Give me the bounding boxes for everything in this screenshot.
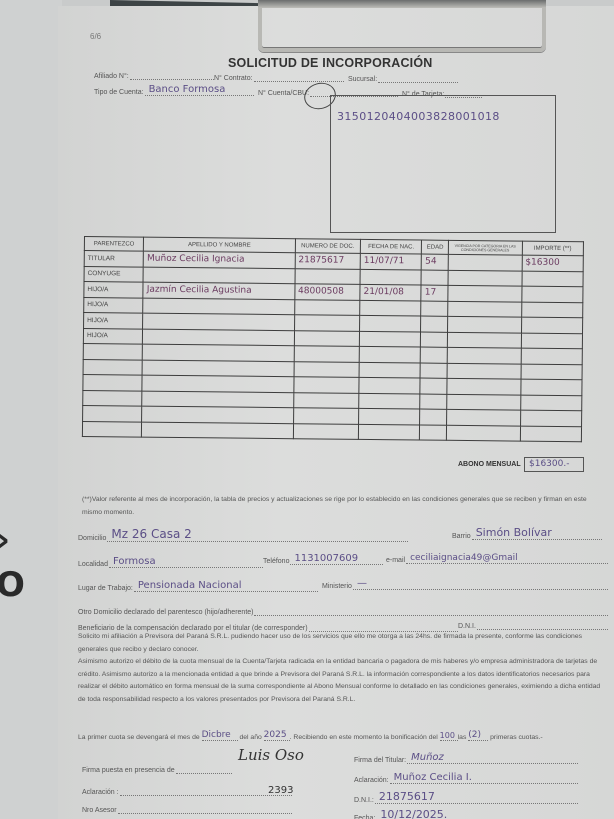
desk-background: › O xyxy=(0,0,62,819)
cell-doc[interactable] xyxy=(294,299,360,315)
page-number: 6/6 xyxy=(90,32,101,41)
cell-doc[interactable] xyxy=(294,330,360,346)
cell-importe[interactable] xyxy=(521,333,583,349)
legal-paragraph-2: Asimismo autorizo el débito de la cuota … xyxy=(78,656,608,706)
cell-doc[interactable] xyxy=(293,423,359,439)
dni-titular-field[interactable]: D.N.I.: 21875617 xyxy=(354,794,578,804)
cell-doc[interactable] xyxy=(294,315,360,331)
cuota-mes-field[interactable]: Dicbre xyxy=(202,730,238,741)
bonif-pct-field[interactable]: 100 xyxy=(440,731,458,741)
cell-fecha_nac[interactable]: 21/01/08 xyxy=(360,284,422,300)
abono-mensual-label: ABONO MENSUAL xyxy=(458,461,521,468)
localidad-field[interactable]: Localidad Formosa xyxy=(78,558,263,568)
cell-edad[interactable] xyxy=(420,394,447,410)
cell-fecha_nac[interactable] xyxy=(359,346,421,362)
cell-edad[interactable]: 54 xyxy=(422,254,449,270)
cell-vigencia[interactable] xyxy=(448,270,522,286)
telefono-field[interactable]: Teléfono 1131007609 xyxy=(263,555,383,565)
aclaracion-titular-field[interactable]: Aclaración: Muñoz Cecilia I. xyxy=(354,774,578,784)
cell-doc[interactable] xyxy=(294,361,360,377)
cell-vigencia[interactable] xyxy=(447,363,521,379)
cell-nombre[interactable] xyxy=(142,422,293,439)
price-note: (**)Valor referente al mes de incorporac… xyxy=(82,493,602,519)
lugar-trabajo-field[interactable]: Lugar de Trabajo: Pensionada Nacional xyxy=(78,582,318,592)
cell-edad[interactable] xyxy=(421,332,448,348)
form-title: SOLICITUD DE INCORPORACIÓN xyxy=(228,56,433,70)
domicilio-field[interactable]: Domicilio Mz 26 Casa 2 xyxy=(78,532,408,542)
cell-importe[interactable] xyxy=(520,379,582,395)
cuota-anio-field[interactable]: 2025 xyxy=(264,730,290,741)
cell-edad[interactable] xyxy=(421,316,448,332)
cell-fecha_nac[interactable] xyxy=(359,362,421,378)
cell-edad[interactable] xyxy=(420,425,447,441)
cell-doc[interactable] xyxy=(294,346,360,362)
cell-parentezco xyxy=(83,343,142,359)
first-installment-line: La primer cuota se devengará el mes de D… xyxy=(78,730,543,741)
tipo-cuenta-field[interactable]: Tipo de Cuenta: Banco Formosa xyxy=(94,86,254,96)
col-importe: IMPORTE (**) xyxy=(522,241,584,256)
cell-parentezco xyxy=(82,421,141,437)
beneficiario-dni-field[interactable]: D.N.I. xyxy=(458,620,608,630)
cell-nombre[interactable] xyxy=(142,391,293,408)
col-edad: EDAD xyxy=(422,240,449,254)
cell-parentezco: HIJO/A xyxy=(83,328,142,344)
cell-nombre[interactable] xyxy=(143,267,294,284)
members-table: PARENTEZCO APELLIDO Y NOMBRE NUMERO DE D… xyxy=(82,236,584,442)
cell-fecha_nac[interactable] xyxy=(359,377,421,393)
cell-nombre[interactable] xyxy=(143,313,294,330)
cell-vigencia[interactable] xyxy=(448,254,522,270)
barrio-field[interactable]: Barrio Simón Bolívar xyxy=(452,530,602,540)
cell-doc[interactable] xyxy=(294,377,360,393)
cell-parentezco: TITULAR xyxy=(84,251,143,267)
bonif-cuotas-field[interactable]: (2) xyxy=(468,730,488,741)
cell-importe[interactable] xyxy=(521,348,583,364)
cell-nombre[interactable]: Muñoz Cecilia Ignacia xyxy=(143,251,294,268)
fecha-field[interactable]: Fecha: 10/12/2025. xyxy=(354,812,578,819)
cell-edad[interactable] xyxy=(421,347,448,363)
cell-parentezco: HIJO/A xyxy=(84,297,143,313)
cell-doc[interactable] xyxy=(295,268,361,284)
cell-parentezco xyxy=(83,359,142,375)
cell-nombre[interactable] xyxy=(143,329,294,346)
cell-doc[interactable] xyxy=(293,392,359,408)
cell-nombre[interactable] xyxy=(142,360,293,377)
cbu-box[interactable]: 3150120404003828001018 xyxy=(330,95,556,233)
cell-nombre[interactable]: Jazmín Cecilia Agustina xyxy=(143,282,294,299)
abono-mensual-value: $16300.- xyxy=(529,459,569,469)
form-page: 6/6 SOLICITUD DE INCORPORACIÓN Afiliado … xyxy=(58,6,614,819)
aclaracion-asesor-field[interactable]: Aclaración : xyxy=(82,786,292,796)
nro-asesor-field[interactable]: Nro Asesor xyxy=(82,804,292,814)
cell-importe[interactable] xyxy=(520,426,582,442)
cell-parentezco: HIJO/A xyxy=(84,282,143,298)
cell-doc[interactable] xyxy=(293,408,359,424)
cell-importe[interactable] xyxy=(520,395,582,411)
cell-nombre[interactable] xyxy=(143,298,294,315)
cell-parentezco xyxy=(83,405,142,421)
tipo-cuenta-value: Banco Formosa xyxy=(149,84,226,95)
cell-vigencia[interactable] xyxy=(448,285,522,301)
cell-vigencia[interactable] xyxy=(447,394,521,410)
cell-parentezco: HIJO/A xyxy=(84,313,143,329)
cell-fecha_nac[interactable] xyxy=(360,300,422,316)
col-nombre: APELLIDO Y NOMBRE xyxy=(144,237,295,253)
cell-vigencia[interactable] xyxy=(448,316,522,332)
cell-edad[interactable] xyxy=(420,363,447,379)
cell-fecha_nac[interactable]: 11/07/71 xyxy=(360,253,422,269)
cell-nombre[interactable] xyxy=(142,406,293,423)
cell-doc[interactable]: 48000508 xyxy=(294,284,360,300)
col-vigencia: VIGENCIA POR CATEGORIA EN LAS CONDICIONE… xyxy=(448,240,522,255)
background-letter: › xyxy=(0,520,10,560)
ministerio-field[interactable]: Ministerio — xyxy=(322,580,608,590)
cell-importe[interactable] xyxy=(522,271,584,287)
cell-importe[interactable] xyxy=(521,364,583,380)
cell-importe[interactable] xyxy=(521,302,583,318)
cell-vigencia[interactable] xyxy=(447,332,521,348)
clipboard-clip xyxy=(258,0,546,52)
cell-vigencia[interactable] xyxy=(447,409,521,425)
cell-vigencia[interactable] xyxy=(447,347,521,363)
cbu-value: 3150120404003828001018 xyxy=(337,110,500,123)
cell-importe[interactable] xyxy=(521,286,583,302)
cell-vigencia[interactable] xyxy=(447,378,521,394)
cell-edad[interactable] xyxy=(420,378,447,394)
cell-fecha_nac[interactable] xyxy=(359,331,421,347)
cell-fecha_nac[interactable] xyxy=(360,315,422,331)
otro-domicilio-field[interactable]: Otro Domicilio declarado del parentesco … xyxy=(78,606,608,616)
cell-fecha_nac[interactable] xyxy=(360,269,422,285)
cell-edad[interactable] xyxy=(420,409,447,425)
cell-edad[interactable] xyxy=(421,270,448,286)
cell-fecha_nac[interactable] xyxy=(359,408,421,424)
asesor-number: 2393 xyxy=(268,785,293,796)
cell-edad[interactable] xyxy=(421,301,448,317)
cell-parentezco: CONYUGE xyxy=(84,266,143,282)
cell-parentezco xyxy=(83,374,142,390)
cell-fecha_nac[interactable] xyxy=(358,424,420,440)
cell-fecha_nac[interactable] xyxy=(359,393,421,409)
cell-importe[interactable] xyxy=(520,410,582,426)
sucursal-field[interactable]: Sucursal: xyxy=(348,73,458,83)
cell-nombre[interactable] xyxy=(142,375,293,392)
cell-nombre[interactable] xyxy=(143,344,294,361)
col-parentezco: PARENTEZCO xyxy=(84,237,143,252)
cell-doc[interactable]: 21875617 xyxy=(295,253,361,269)
col-doc: NUMERO DE DOC. xyxy=(295,239,361,254)
firma-presencia-field[interactable]: Firma puesta en presencia de xyxy=(82,764,232,774)
asesor-signature: Luis Oso xyxy=(238,746,304,764)
cell-vigencia[interactable] xyxy=(446,425,520,441)
contrato-field[interactable]: N° Contrato: xyxy=(214,72,344,82)
legal-paragraph-1: Solicito mi afiliación a Previsora del P… xyxy=(78,631,608,656)
background-letter: O xyxy=(0,565,25,605)
cell-vigencia[interactable] xyxy=(448,301,522,317)
cell-edad[interactable]: 17 xyxy=(421,285,448,301)
cell-importe[interactable]: $16300 xyxy=(522,255,584,271)
email-field[interactable]: e-mail ceciliaignacia49@Gmail xyxy=(386,554,608,564)
afiliado-field[interactable]: Afiliado N°: xyxy=(94,70,214,80)
cell-parentezco xyxy=(83,390,142,406)
firma-titular-field[interactable]: Firma del Titular: Muñoz xyxy=(354,754,578,764)
abono-mensual-box[interactable]: $16300.- xyxy=(524,457,584,472)
col-fecha-nac: FECHA DE NAC. xyxy=(360,239,421,254)
cell-importe[interactable] xyxy=(521,317,583,333)
